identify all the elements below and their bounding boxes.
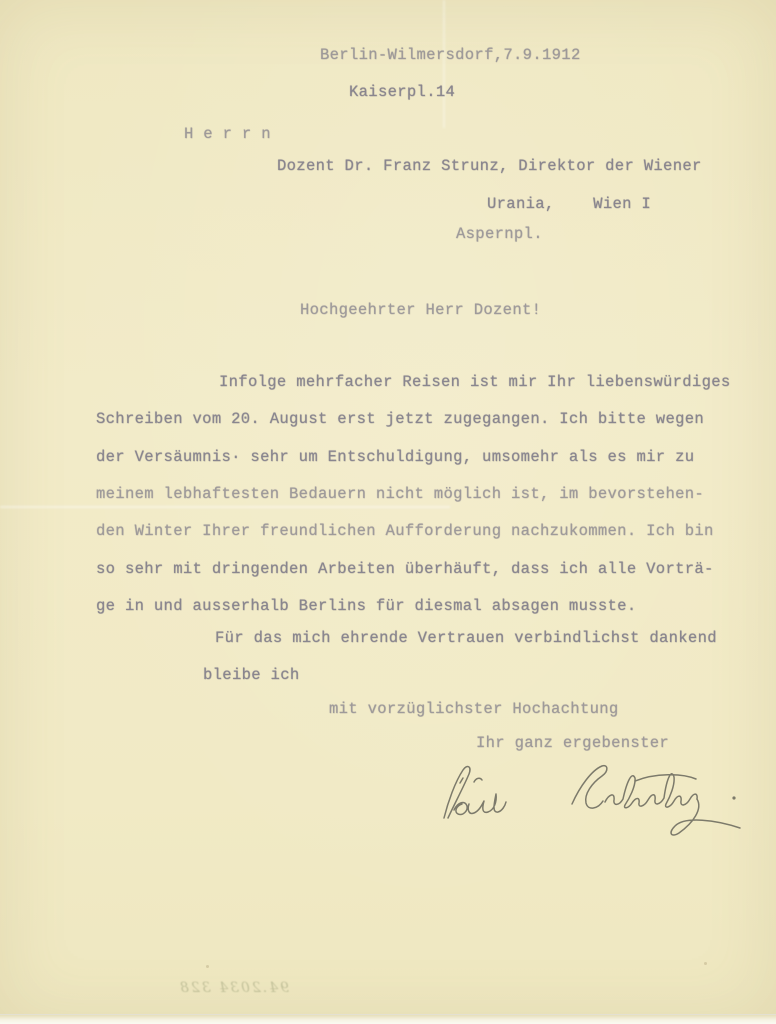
- signature-u-breve: [460, 778, 482, 783]
- body-line-5: den Winter Ihrer freundlichen Aufforderu…: [96, 521, 714, 541]
- signature-handwritten: [430, 758, 750, 853]
- recipient-street-line: Aspernpl.: [456, 224, 543, 244]
- recipient-name-line: Dozent Dr. Franz Strunz, Direktor der Wi…: [277, 156, 702, 176]
- body-line-2: Schreiben vom 20. August erst jetzt zuge…: [96, 409, 704, 429]
- signature-s-capital: [572, 766, 607, 808]
- salutation: Hochgeehrter Herr Dozent!: [300, 300, 541, 320]
- paper-speck: [704, 962, 707, 965]
- paper-bottom-edge: [0, 1014, 776, 1024]
- dateline: Berlin-Wilmersdorf,7.9.1912: [320, 45, 581, 65]
- recipient-city-line: Urania, Wien I: [487, 194, 651, 214]
- body-line-3: der Versäumnis· sehr um Entschuldigung, …: [96, 447, 694, 467]
- sender-address: Kaiserpl.14: [349, 82, 455, 102]
- closing-remain-line: bleibe ich: [203, 665, 300, 685]
- closing-thanks-line: Für das mich ehrende Vertrauen verbindli…: [215, 628, 717, 648]
- signature-t-crossbar: [635, 775, 696, 781]
- paper-speck: [206, 965, 209, 968]
- paper-crease-horizontal: [0, 506, 450, 508]
- body-line-1: Infolge mehrfacher Reisen ist mir Ihr li…: [219, 372, 731, 392]
- body-line-4: meinem lebhaftesten Bedauern nicht mögli…: [96, 484, 704, 504]
- body-line-7: ge in und ausserhalb Berlins für diesmal…: [96, 596, 636, 616]
- letter-page: Berlin-Wilmersdorf,7.9.1912 Kaiserpl.14 …: [0, 0, 776, 1024]
- recipient-prefix: H e r r n: [184, 124, 271, 144]
- closing-respect-line: mit vorzüglichster Hochachtung: [329, 699, 619, 719]
- archival-note-mirrored: 94.2034 328: [178, 980, 289, 996]
- signature-period-dot: [732, 796, 735, 799]
- signature-schlenther-letters: [605, 774, 697, 808]
- signature-paul-letters: [454, 794, 506, 814]
- body-line-6: so sehr mit dringenden Arbeiten überhäuf…: [96, 559, 714, 579]
- closing-devoted-line: Ihr ganz ergebenster: [476, 733, 669, 753]
